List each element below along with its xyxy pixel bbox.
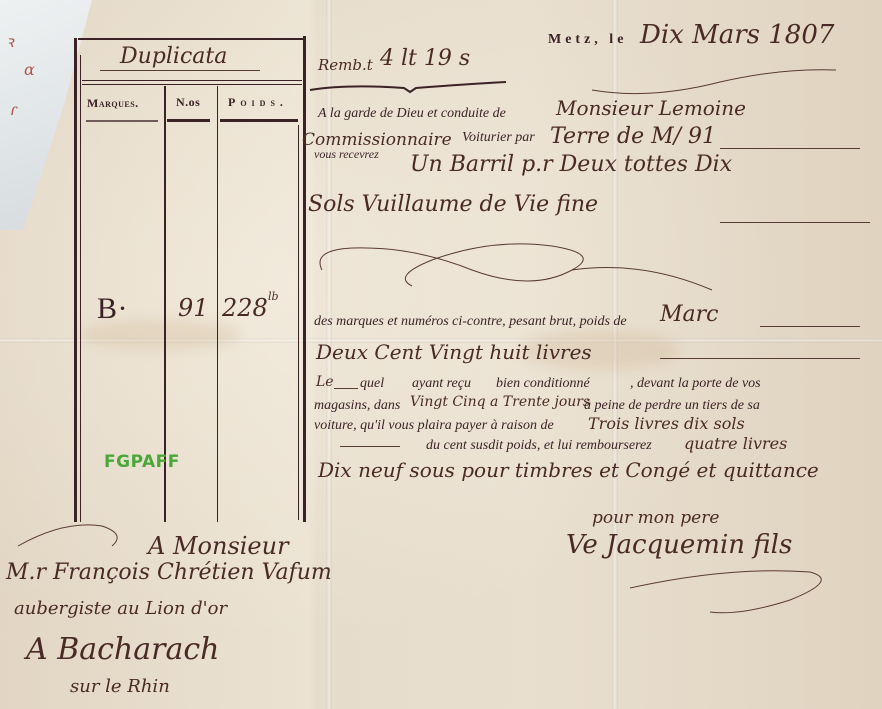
line8-print-a: magasins, dans [314,398,400,414]
line7-bien: bien conditionné [496,376,590,392]
blank-flourish [312,230,732,294]
address-line4: A Bacharach [26,632,220,667]
line7-quel: quel [360,376,384,392]
address-line3: aubergiste au Lion d'or [14,598,227,619]
place-metz: Metz, le [548,32,627,48]
title-rule-2 [82,84,302,85]
flap-ink-mark: ꝛ [6,30,14,52]
flap-ink-mark: ɑ [24,60,35,79]
line2-print: Voiturier par [462,130,535,146]
flap-ink-mark: ɾ [10,100,17,119]
line9-print: voiture, qu'il vous plaira payer à raiso… [314,418,554,434]
weight-words: Deux Cent Vingt huit livres [316,340,592,364]
line7-underline [334,388,358,389]
title-rule-1 [82,80,302,81]
goods-description-2: Sols Vuillaume de Vie fine [308,192,598,217]
freight-rate: Trois livres dix sols [588,414,745,433]
table-left-rule [74,38,77,522]
reimbursement: quatre livres [684,434,787,453]
line4-underline [720,222,870,223]
weight-type: Marc [660,302,718,327]
signature-pour-mon-pere: pour mon pere [592,508,719,528]
cell-numero: 91 [178,294,209,322]
address-line2: M.r François Chrétien Vafum [6,560,332,585]
carrier-name: Monsieur Lemoine [556,96,746,120]
table-left-rule-inner [80,55,81,522]
line10-dash [340,446,400,447]
line7-devant: , devant la porte de vos [630,376,761,392]
transport-mode: Terre de M/ 91 [550,124,716,149]
date-flourish [590,60,840,100]
table-right-rule-inner [298,125,299,520]
rembourse-label: Remb.t [318,56,373,74]
address-line5: sur le Rhin [70,676,170,697]
goods-description: Un Barril p.r Deux tottes Dix [410,152,732,177]
line5-underline [760,326,860,327]
signature-flourish [610,560,840,620]
cell-marque: B· [97,292,128,326]
line7-le: Le [316,374,334,390]
header-nos: N.os [176,95,200,110]
line10-print: du cent susdit poids, et lui remboursere… [426,438,652,454]
rembourse-value: 4 lt 19 s [380,46,470,71]
address-line1: A Monsieur [148,532,289,560]
header-underline-2 [167,119,210,122]
header-underline-1 [86,120,158,122]
date-value: Dix Mars 1807 [640,20,834,50]
header-poids: Poids. [228,95,288,110]
column-rule-2 [217,86,218,522]
line7-ayant: ayant reçu [412,376,471,392]
watermark-fgpaff: FGPAFF [104,452,180,472]
cell-poids-unit: lb [268,290,279,303]
cell-poids: 228 [222,294,268,322]
header-marques: Marques. [87,96,139,111]
table-title: Duplicata [120,44,227,69]
title-underline [100,70,260,71]
line3-print: vous recevrez [314,147,379,162]
line1-print: A la garde de Dieu et conduite de [318,106,506,122]
header-underline-3 [220,119,298,122]
fees-line: Dix neuf sous pour timbres et Congé et q… [318,458,819,482]
line5-print: des marques et numéros ci-contre, pesant… [314,314,627,330]
signature-name: Ve Jacquemin fils [566,530,792,560]
line2-underline [720,148,860,149]
table-top-rule [78,38,306,41]
delivery-delay: Vingt Cinq a Trente jours [410,394,590,410]
table-right-rule [303,36,306,522]
line6-underline [660,358,860,359]
line8-print-b: à peine de perdre un tiers de sa [584,398,760,414]
address-flourish [14,510,124,550]
rembourse-bracket [308,78,508,94]
